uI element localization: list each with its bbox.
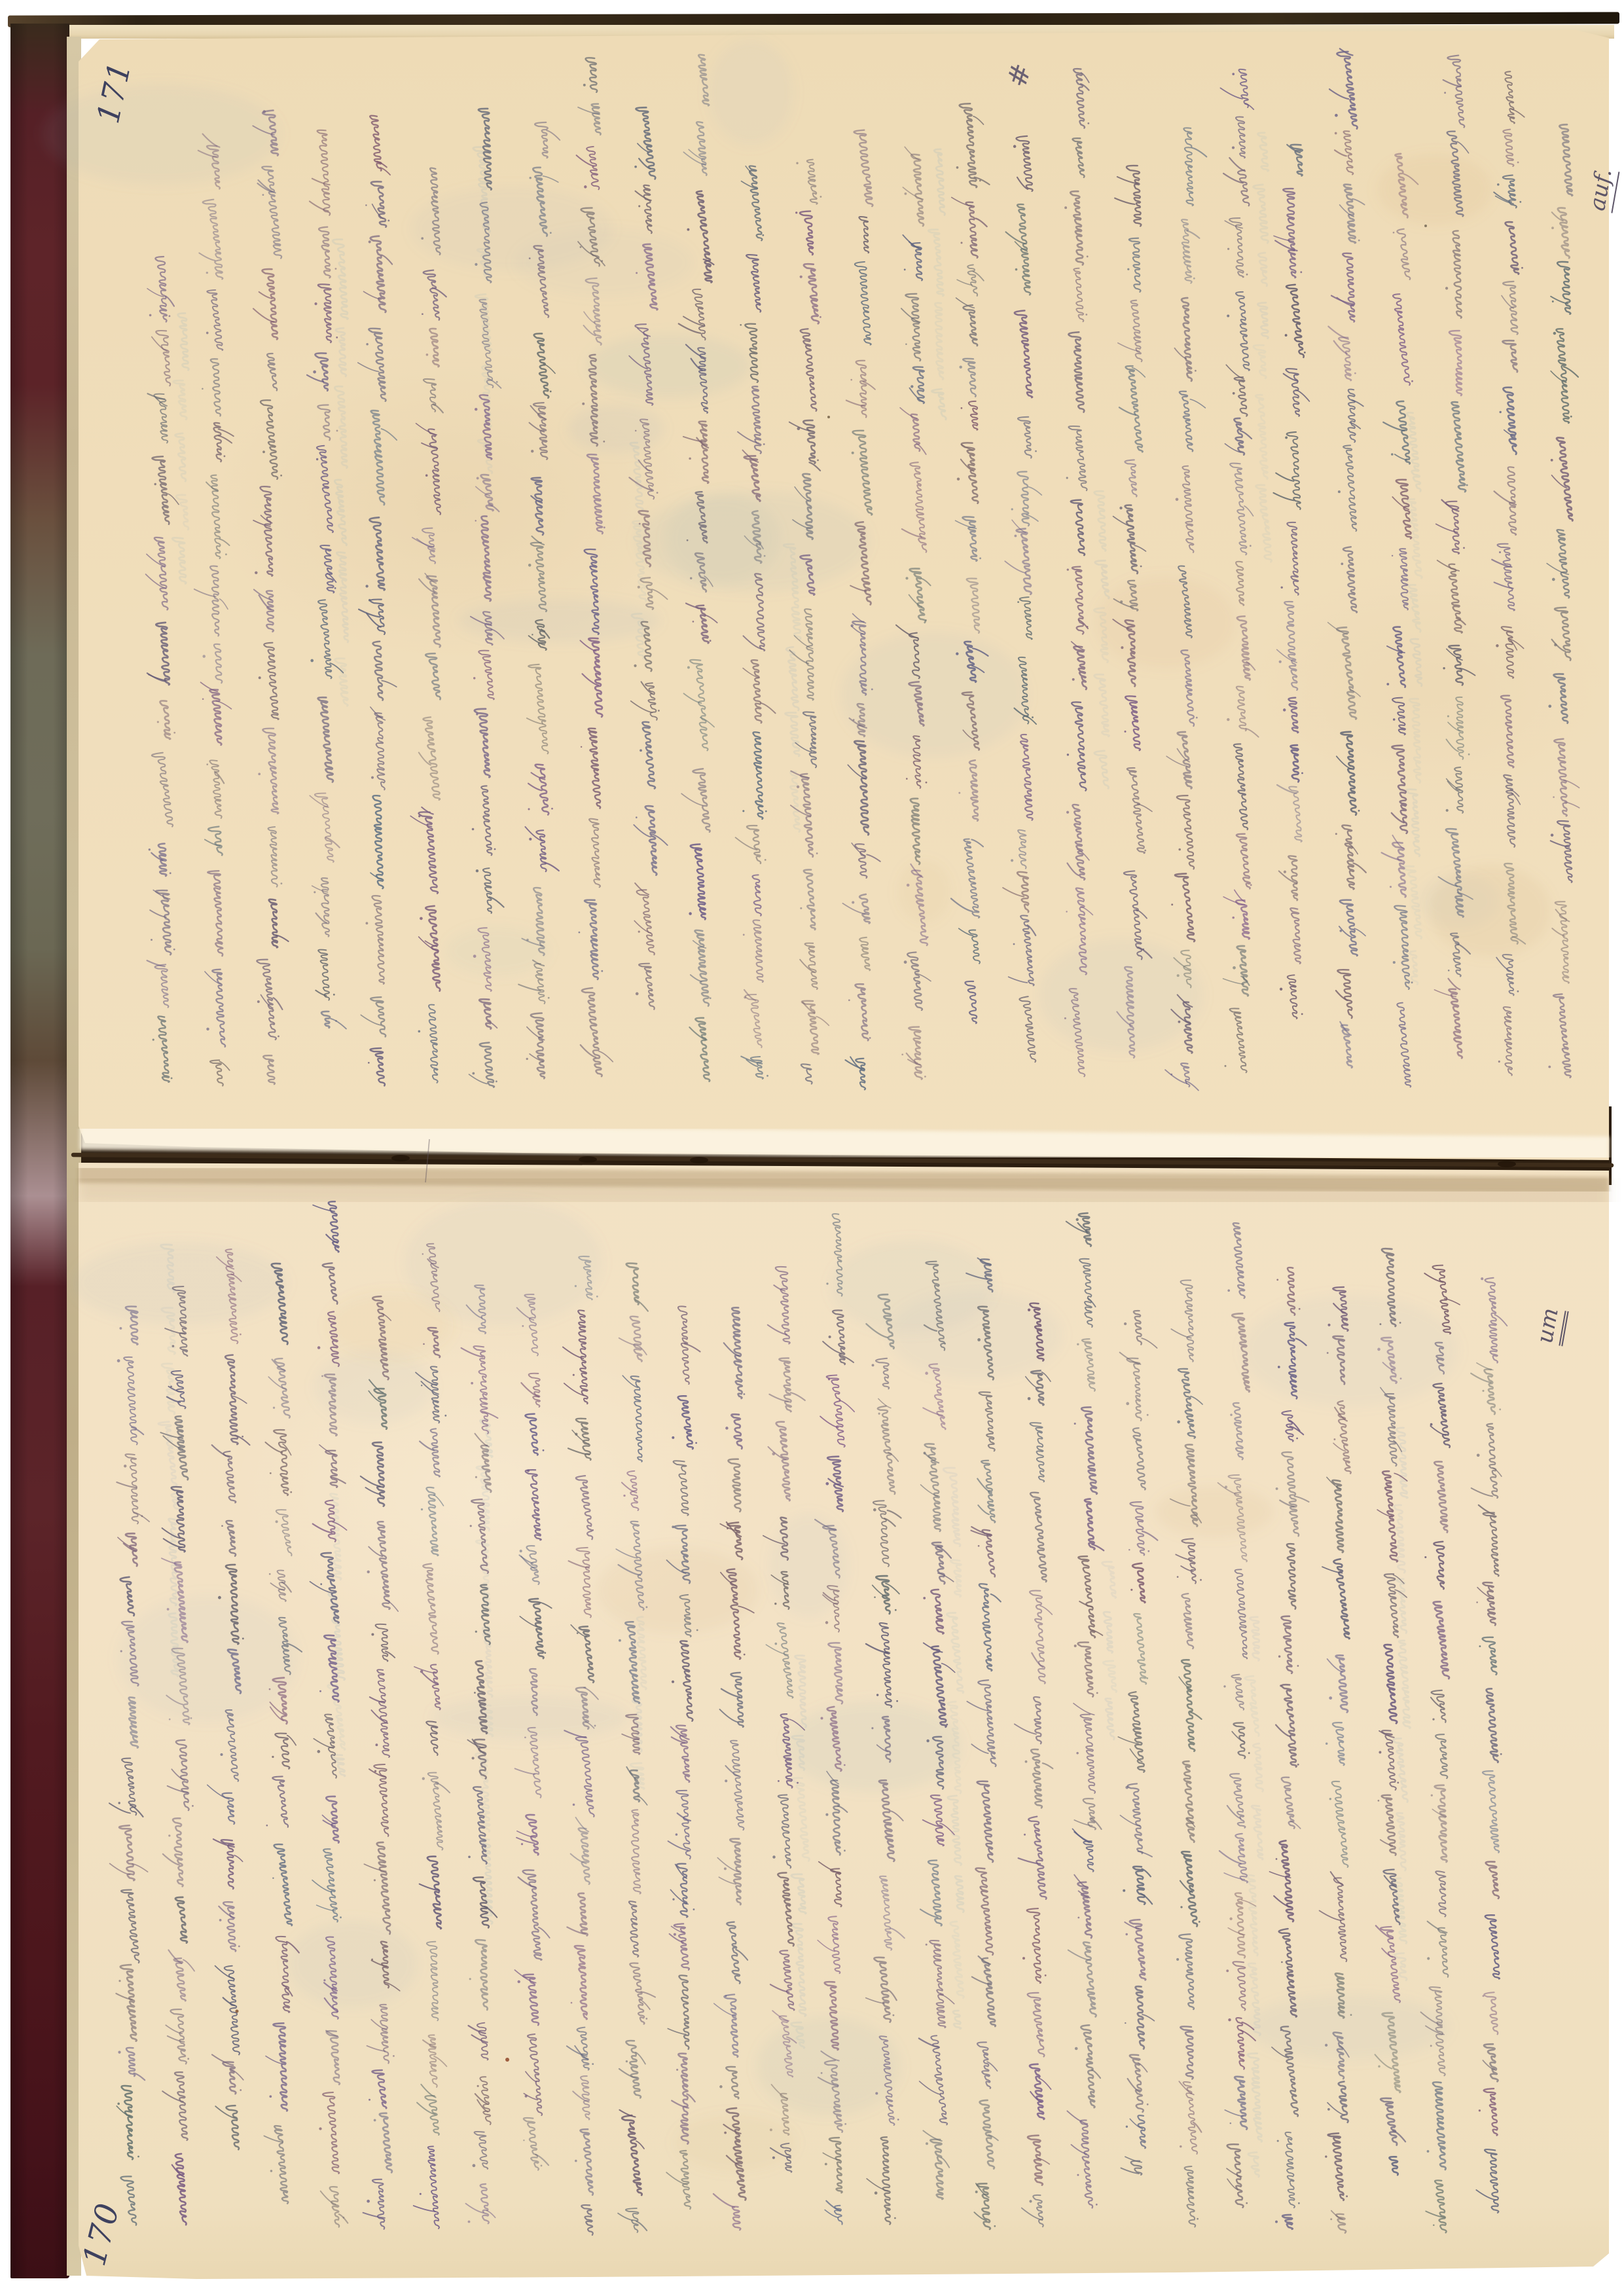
ghost-line: [1245, 1617, 1265, 2178]
handwriting-line: [951, 103, 990, 1024]
catchword-page-170: um: [1532, 1306, 1569, 1347]
handwriting-line: [713, 1307, 754, 2231]
handwriting-line: [842, 130, 880, 1090]
handwriting-line: [1269, 1267, 1308, 2230]
handwriting-line: [896, 147, 931, 1080]
handwriting-line: [1274, 144, 1310, 1019]
handwriting-line: [410, 168, 446, 1083]
handwriting-line: [1421, 1265, 1460, 2233]
handwriting-line: [966, 1258, 1001, 2230]
ghost-line: [333, 239, 350, 706]
handwriting-line: [109, 1306, 149, 2226]
ghost-line: [791, 1655, 810, 2049]
handwriting-line: [1320, 1286, 1352, 2234]
handwriting-line: [616, 1263, 655, 2232]
ghost-line: [1102, 1561, 1118, 1740]
handwriting-line: [1547, 124, 1579, 1078]
handwriting-line: [264, 1263, 302, 2204]
handwriting-line: [253, 110, 288, 1085]
scanned-book-spread: 171 170 # auf. um: [0, 0, 1624, 2296]
handwriting-line: [736, 166, 776, 1080]
handwriting-line: [1170, 1280, 1202, 2227]
handwriting-line: [666, 1306, 700, 2210]
ghost-line: [1253, 132, 1272, 562]
handwriting-line: [1220, 69, 1258, 1074]
handwriting-line: [1066, 1212, 1104, 2208]
ghost-line: [172, 313, 189, 584]
handwriting-line: [1118, 1311, 1157, 2176]
handwriting-line: [1328, 48, 1366, 1068]
handwriting-layer: [0, 0, 1624, 2296]
handwriting-line: [1471, 1277, 1507, 2213]
handwriting-line: [461, 1285, 498, 2224]
handwriting-line: [563, 1256, 598, 2236]
handwriting-line: [358, 115, 397, 1087]
handwriting-line: [194, 134, 234, 1087]
handwriting-line: [1064, 68, 1093, 1077]
handwriting-line: [361, 1296, 400, 2230]
handwriting-line: [1003, 136, 1041, 1063]
ghost-line: [928, 149, 947, 421]
ghost-line: [1393, 1428, 1411, 1982]
handwriting-line: [1015, 1303, 1053, 2227]
